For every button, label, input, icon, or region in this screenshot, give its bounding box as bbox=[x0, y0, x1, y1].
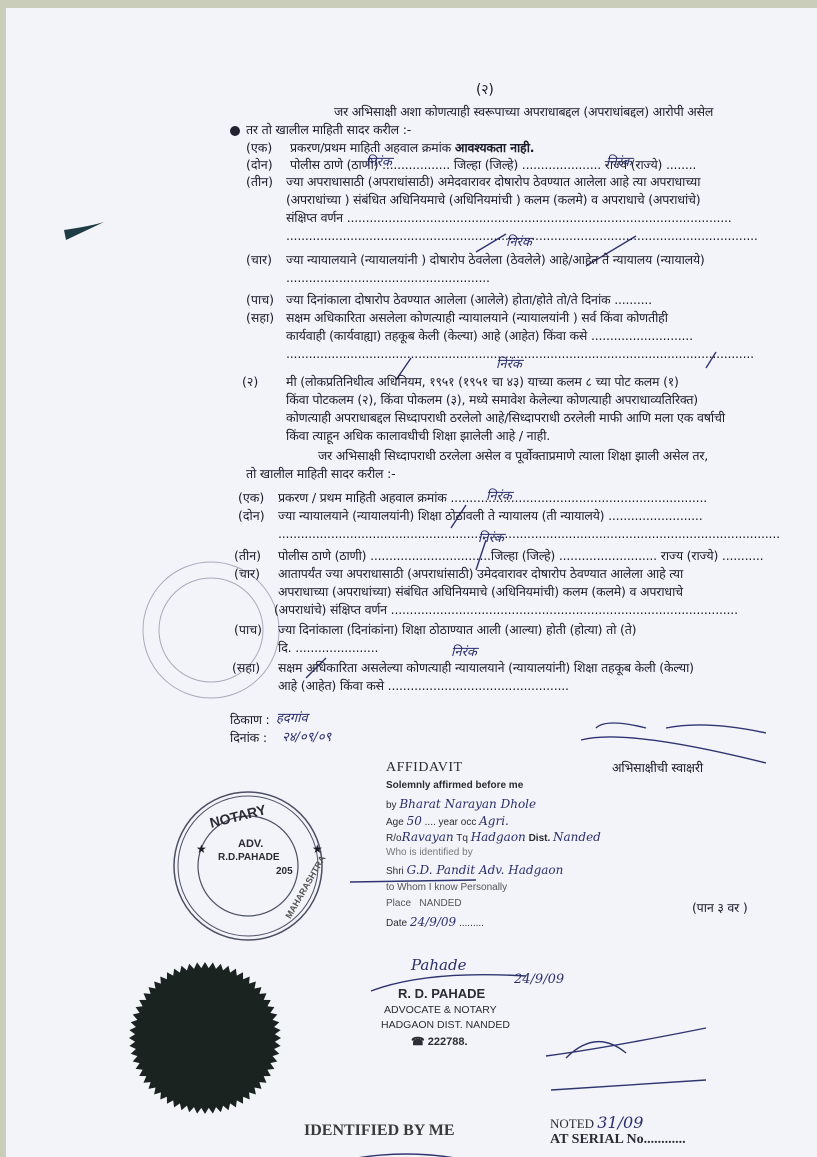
place-label: ठिकाण : bbox=[230, 712, 270, 728]
notary-signature: Pahade bbox=[411, 956, 466, 974]
notary-phone: ☎ 222788. bbox=[411, 1035, 468, 1048]
intro-line-2: तर तो खालील माहिती सादर करील :- bbox=[246, 122, 411, 138]
document-page: (२) जर अभिसाक्षी अशा कोणत्याही स्वरूपाच्… bbox=[6, 8, 817, 1157]
affidavit-by: by Bharat Narayan Dhole bbox=[386, 797, 536, 811]
affidavit-residence: R/oRavayan Tq Hadgaon Dist. Nanded bbox=[386, 830, 601, 844]
affidavit-line: Solemnly affirmed before me bbox=[386, 780, 523, 791]
item-number: (दोन) bbox=[238, 508, 265, 524]
item-number: (एक) bbox=[246, 140, 272, 156]
item-text: पोलीस ठाणे (ठाणी) ......................… bbox=[278, 548, 763, 564]
notary-title: ADVOCATE & NOTARY bbox=[384, 1004, 497, 1016]
continued-on-page: (पान ३ वर ) bbox=[692, 900, 748, 916]
place-value: हदगांव bbox=[276, 708, 308, 726]
affidavit-place: Place NANDED bbox=[386, 898, 462, 909]
item-number: (पाच) bbox=[234, 622, 262, 638]
intro-line-1: जर अभिसाक्षी अशा कोणत्याही स्वरूपाच्या अ… bbox=[334, 104, 713, 120]
item-text: ........................................… bbox=[278, 526, 780, 542]
item-number: (पाच) bbox=[246, 292, 274, 308]
condition-text: जर अभिसाक्षी सिध्दापराधी ठरलेला असेल व प… bbox=[318, 448, 708, 464]
item-text: सक्षम अधिकारिता असलेल्या कोणत्याही न्याय… bbox=[278, 660, 694, 676]
item-text: ज्या अपराधासाठी (अपराधांसाठी) अमेदवारावर… bbox=[286, 174, 700, 190]
handwritten-value: निरंक bbox=[606, 152, 632, 170]
item-text: ज्या दिनांकाला (दिनांकांना) शिक्षा ठोठाण… bbox=[278, 622, 636, 638]
item-text: प्रकरण/प्रथम माहिती अहवाल क्रमांक आवश्यक… bbox=[290, 140, 534, 156]
item-text: (अपराधांचे) संक्षिप्त वर्णन ............… bbox=[274, 602, 738, 618]
affidavit-known: to Whom I know Personally bbox=[386, 882, 507, 893]
item-number: (सहा) bbox=[232, 660, 260, 676]
item-number: (एक) bbox=[238, 490, 264, 506]
handwritten-value: निरंक bbox=[366, 152, 392, 170]
handwritten-value: निरंक bbox=[478, 528, 504, 546]
item-text: संक्षिप्त वर्णन ........................… bbox=[286, 210, 732, 226]
item-text: किंवा पोटकलम (२), किंवा पोकलम (३), मध्ये… bbox=[286, 392, 698, 408]
telephone-icon: ☎ bbox=[411, 1036, 425, 1048]
item-text: (अपराधांच्या ) संबंधित अधिनियमाचे (अधिनि… bbox=[286, 192, 700, 208]
affidavit-age: Age 50 .... year occ Agri. bbox=[386, 814, 509, 828]
handwritten-value: निरंक bbox=[486, 486, 512, 504]
item-text: अपराधाच्या (अपराधांच्या) संबंधित अधिनियम… bbox=[278, 584, 683, 600]
star-icon: ★ bbox=[196, 842, 207, 856]
handwritten-value: निरंक bbox=[496, 354, 522, 372]
item-number: (तीन) bbox=[234, 548, 261, 564]
handwritten-value: निरंक bbox=[506, 232, 532, 250]
item-text: पोलीस ठाणे (ठाणी) .................. जिल… bbox=[290, 157, 696, 173]
affidavit-shri: Shri G.D. Pandit Adv. Hadgaon bbox=[386, 863, 563, 877]
stamp-name: R.D.PAHADE bbox=[218, 852, 279, 863]
date-value: २४/०९/०९ bbox=[282, 727, 331, 745]
star-icon: ★ bbox=[312, 842, 323, 856]
identified-by-me: IDENTIFIED BY ME bbox=[304, 1122, 455, 1140]
notary-address: HADGAON DIST. NANDED bbox=[381, 1019, 510, 1031]
item-text: आहे (आहेत) किंवा कसे ...................… bbox=[278, 678, 569, 694]
item-number: (सहा) bbox=[246, 310, 274, 326]
affidavit-title: AFFIDAVIT bbox=[386, 760, 463, 776]
date-label: दिनांक : bbox=[230, 730, 267, 746]
notary-sign-date: 24/9/09 bbox=[514, 972, 564, 987]
serial-number: AT SERIAL No............ bbox=[550, 1132, 686, 1148]
stamp-adv: ADV. bbox=[238, 838, 263, 850]
item-number: (दोन) bbox=[246, 157, 273, 173]
item-text: आतापर्यंत ज्या अपराधासाठी (अपराधांसाठी) … bbox=[278, 566, 683, 582]
item-text: दि. ...................... bbox=[278, 640, 378, 656]
item-text: मी (लोकप्रतिनिधीत्व अधिनियम, १९५१ (१९५१ … bbox=[286, 374, 679, 390]
item-number: (तीन) bbox=[246, 174, 273, 190]
notary-name: R. D. PAHADE bbox=[398, 986, 485, 1001]
stamp-reg: 205 bbox=[276, 866, 293, 877]
item-number: (२) bbox=[242, 374, 258, 390]
item-number: (चार) bbox=[246, 252, 272, 268]
item-text: सक्षम अधिकारिता असलेला कोणत्याही न्यायाल… bbox=[286, 310, 668, 326]
item-text: किंवा त्याहून अधिक कालावधीची शिक्षा झाले… bbox=[286, 428, 550, 444]
item-number: (चार) bbox=[234, 566, 260, 582]
item-text: ज्या न्यायालयाने (न्यायालयांनी ) दोषारोप… bbox=[286, 252, 705, 268]
deponent-signature-label: अभिसाक्षीची स्वाक्षरी bbox=[612, 760, 703, 776]
handwritten-value: निरंक bbox=[451, 642, 477, 660]
item-text: कोणत्याही अपराधाबद्दल सिध्दापराधी ठरलेलो… bbox=[286, 410, 725, 426]
affidavit-date: Date 24/9/09 ......... bbox=[386, 915, 484, 929]
noted-label: NOTED 31/09 bbox=[550, 1113, 643, 1132]
affidavit-identified: Who is identified by bbox=[386, 847, 473, 858]
condition-text: तो खालील माहिती सादर करील :- bbox=[246, 466, 395, 482]
item-text: ........................................… bbox=[286, 270, 490, 286]
item-text: कार्यवाही (कार्यवाह्या) तहकूब केली (केल्… bbox=[286, 328, 693, 344]
item-text: ज्या न्यायालयाने (न्यायालयांनी) शिक्षा ठ… bbox=[278, 508, 702, 524]
page-number: (२) bbox=[476, 82, 494, 98]
item-text: ज्या दिनांकाला दोषारोप ठेवण्यात आलेला (आ… bbox=[286, 292, 652, 308]
